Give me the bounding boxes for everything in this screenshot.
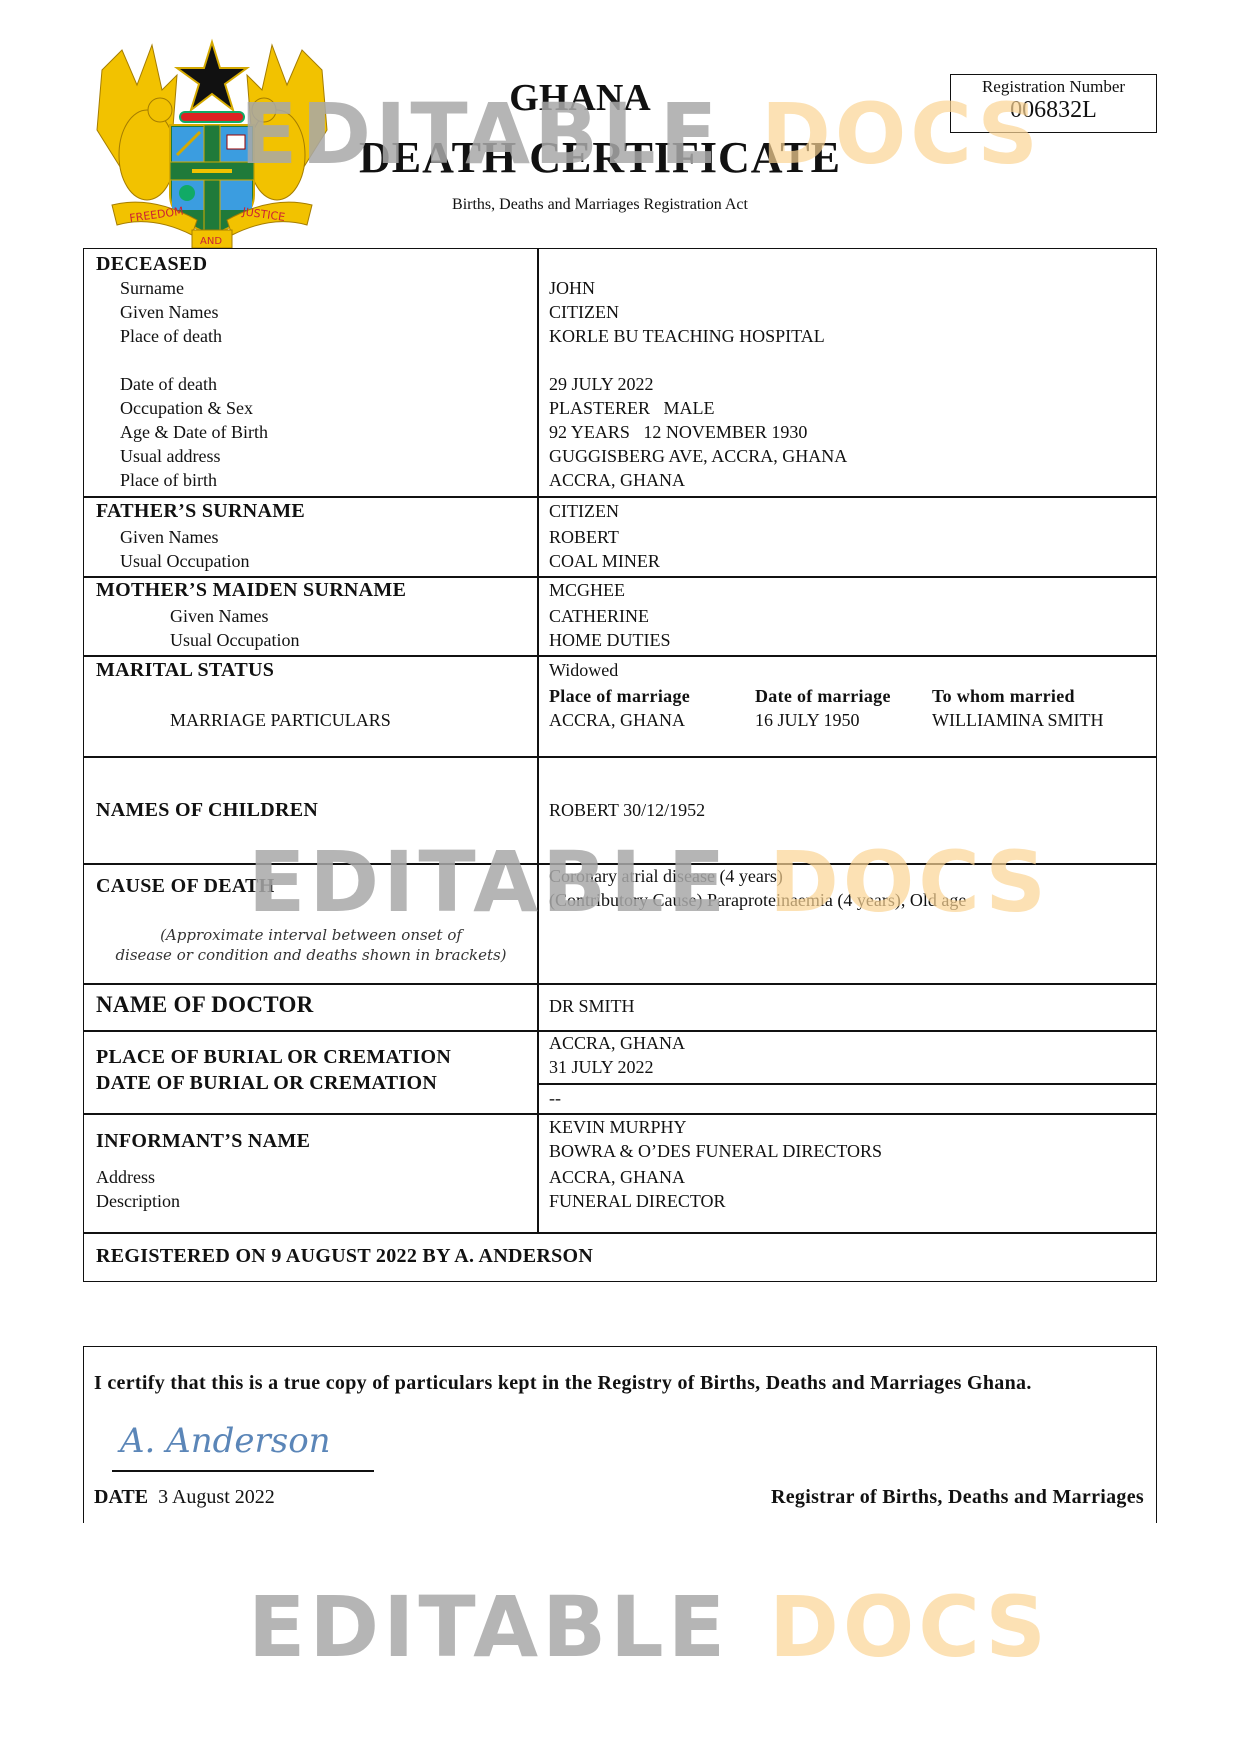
deceased-usual-address: GUGGISBERG AVE, ACCRA, GHANA xyxy=(549,444,847,468)
row-divider xyxy=(84,655,1156,657)
father-label-given: Given Names xyxy=(96,525,218,549)
mother-given-names: CATHERINE xyxy=(549,604,649,628)
registrar-title: Registrar of Births, Deaths and Marriage… xyxy=(771,1485,1144,1509)
deceased-label-occupation-sex: Occupation & Sex xyxy=(96,396,253,420)
place-of-marriage: ACCRA, GHANA xyxy=(549,708,685,732)
deceased-place-of-birth: ACCRA, GHANA xyxy=(549,468,685,492)
marriage-particulars-label: MARRIAGE PARTICULARS xyxy=(96,708,391,732)
informant-heading: INFORMANT’S NAME xyxy=(96,1129,310,1153)
cause-line1: Coronary atrial disease (4 years) xyxy=(549,864,783,888)
cause-heading: CAUSE OF DEATH xyxy=(96,874,275,898)
sub-row-divider xyxy=(537,1083,1156,1085)
deceased-label-date-of-death: Date of death xyxy=(96,372,217,396)
act-subtitle: Births, Deaths and Marriages Registratio… xyxy=(330,196,870,214)
row-divider xyxy=(84,496,1156,498)
row-divider xyxy=(84,983,1156,985)
burial-date-heading: DATE OF BURIAL OR CREMATION xyxy=(96,1071,437,1095)
children-names: ROBERT 30/12/1952 xyxy=(549,798,705,822)
deceased-label-address: Usual address xyxy=(96,444,220,468)
mother-label-given: Given Names xyxy=(96,604,268,628)
father-occupation: COAL MINER xyxy=(549,549,660,573)
certification-statement: I certify that this is a true copy of pa… xyxy=(94,1371,1032,1395)
informant-address: ACCRA, GHANA xyxy=(549,1165,685,1189)
informant-organisation: BOWRA & O’DES FUNERAL DIRECTORS xyxy=(549,1139,882,1163)
ghana-coat-of-arms: FREEDOM JUSTICE AND xyxy=(82,30,342,250)
children-heading: NAMES OF CHILDREN xyxy=(96,798,318,822)
burial-place: ACCRA, GHANA xyxy=(549,1031,685,1055)
informant-description-label: Description xyxy=(96,1189,180,1213)
mother-occupation: HOME DUTIES xyxy=(549,628,671,652)
svg-text:A. Anderson: A. Anderson xyxy=(117,1421,331,1461)
father-label-occupation: Usual Occupation xyxy=(96,549,249,573)
deceased-surname: JOHN xyxy=(549,276,595,300)
row-divider xyxy=(84,756,1156,758)
registered-statement: REGISTERED ON 9 AUGUST 2022 BY A. ANDERS… xyxy=(96,1244,593,1268)
date-label: DATE xyxy=(94,1486,148,1508)
signature-line xyxy=(112,1470,374,1472)
doctor-name: DR SMITH xyxy=(549,994,635,1018)
burial-extra: -- xyxy=(549,1086,561,1110)
burial-date: 31 JULY 2022 xyxy=(549,1055,654,1079)
watermark-bottom: EDITABLEDOCS xyxy=(248,1585,1050,1669)
column-divider xyxy=(537,249,539,1232)
deceased-given-names: CITIZEN xyxy=(549,300,619,324)
spouse-name: WILLIAMINA SMITH xyxy=(932,708,1103,732)
date-of-marriage: 16 JULY 1950 xyxy=(755,708,860,732)
date-value: 3 August 2022 xyxy=(158,1486,275,1508)
certificate-table: DECEASED Surname JOHN Given Names CITIZE… xyxy=(83,248,1157,1282)
marital-status: Widowed xyxy=(549,658,618,682)
certification-date: DATE 3 August 2022 xyxy=(94,1485,275,1509)
deceased-heading: DECEASED xyxy=(96,252,207,276)
informant-address-label: Address xyxy=(96,1165,155,1189)
date-of-marriage-label: Date of marriage xyxy=(755,684,891,708)
document-title: DEATH CERTIFICATE xyxy=(330,132,870,183)
deceased-label-place-of-birth: Place of birth xyxy=(96,468,217,492)
deceased-place-of-death: KORLE BU TEACHING HOSPITAL xyxy=(549,324,825,348)
deceased-label-age-dob: Age & Date of Birth xyxy=(96,420,268,444)
father-heading: FATHER’S SURNAME xyxy=(96,499,305,523)
row-divider xyxy=(84,1232,1156,1234)
father-given-names: ROBERT xyxy=(549,525,619,549)
deceased-label-place-of-death: Place of death xyxy=(96,324,222,348)
informant-name: KEVIN MURPHY xyxy=(549,1115,687,1139)
registrar-signature: A. Anderson xyxy=(112,1410,372,1470)
deceased-age-dob: 92 YEARS 12 NOVEMBER 1930 xyxy=(549,420,807,444)
cause-line2: (Contributory Cause) Paraproteinaemia (4… xyxy=(549,888,966,912)
doctor-heading: NAME OF DOCTOR xyxy=(96,993,314,1017)
country-title: GHANA xyxy=(330,76,830,120)
father-surname: CITIZEN xyxy=(549,499,619,523)
mother-heading: MOTHER’S MAIDEN SURNAME xyxy=(96,578,406,602)
deceased-occupation-sex: PLASTERER MALE xyxy=(549,396,715,420)
marital-heading: MARITAL STATUS xyxy=(96,658,274,682)
registration-number: 006832L xyxy=(951,97,1156,123)
informant-description: FUNERAL DIRECTOR xyxy=(549,1189,726,1213)
mother-surname: MCGHEE xyxy=(549,578,625,602)
deceased-date-of-death: 29 JULY 2022 xyxy=(549,372,654,396)
svg-text:AND: AND xyxy=(200,236,222,247)
registration-label: Registration Number xyxy=(951,77,1156,97)
deceased-label-surname: Surname xyxy=(96,276,184,300)
registration-number-box: Registration Number 006832L xyxy=(950,74,1157,133)
cause-note-line2: disease or condition and deaths shown in… xyxy=(96,945,526,965)
mother-label-occupation: Usual Occupation xyxy=(96,628,299,652)
burial-place-heading: PLACE OF BURIAL OR CREMATION xyxy=(96,1045,451,1069)
cause-note-line1: (Approximate interval between onset of xyxy=(96,925,526,945)
place-of-marriage-label: Place of marriage xyxy=(549,684,690,708)
spouse-label: To whom married xyxy=(932,684,1075,708)
deceased-label-given: Given Names xyxy=(96,300,218,324)
